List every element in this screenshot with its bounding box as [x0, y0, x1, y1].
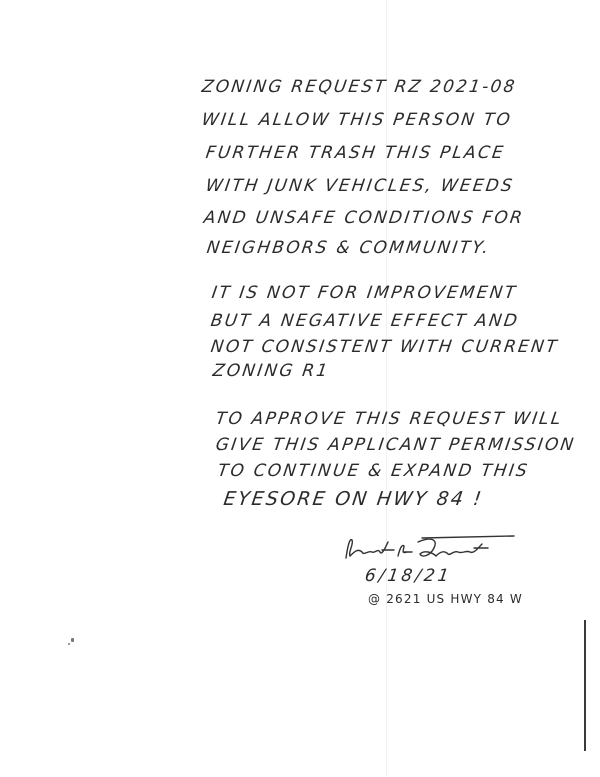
- letter-line: AND UNSAFE CONDITIONS FOR: [203, 210, 525, 227]
- letter-line: FURTHER TRASH THIS PLACE: [205, 145, 506, 162]
- letter-date: 6/18/21: [364, 566, 453, 586]
- letter-line: EYESORE ON HWY 84 !: [222, 490, 484, 509]
- letter-line: WITH JUNK VEHICLES, WEEDS: [205, 178, 516, 195]
- letter-line: BUT A NEGATIVE EFFECT AND: [210, 313, 521, 330]
- letter-line: NOT CONSISTENT WITH CURRENT: [210, 339, 560, 356]
- scanned-page: ZONING REQUEST RZ 2021-08 WILL ALLOW THI…: [0, 0, 600, 777]
- signature: Brent L. Stewart: [342, 530, 522, 566]
- scan-speck: [71, 638, 74, 642]
- letter-line: GIVE THIS APPLICANT PERMISSION: [215, 437, 577, 454]
- scan-speck: [68, 643, 70, 645]
- sender-address: @ 2621 US HWY 84 W: [368, 592, 523, 606]
- scan-edge-line: [584, 620, 586, 751]
- letter-line: ZONING R1: [212, 363, 331, 380]
- letter-line: TO APPROVE THIS REQUEST WILL: [215, 411, 564, 428]
- letter-line: WILL ALLOW THIS PERSON TO: [201, 112, 513, 129]
- letter-line: TO CONTINUE & EXPAND THIS: [217, 463, 530, 480]
- letter-line: IT IS NOT FOR IMPROVEMENT: [211, 285, 519, 302]
- letter-line: NEIGHBORS & COMMUNITY.: [206, 240, 492, 257]
- letter-line: ZONING REQUEST RZ 2021-08: [201, 79, 518, 96]
